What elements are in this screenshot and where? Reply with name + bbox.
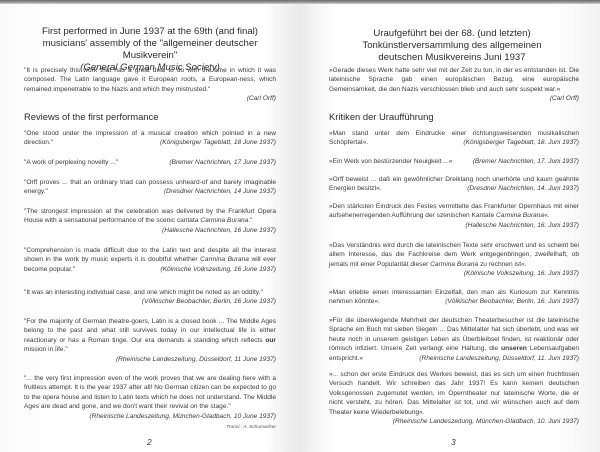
right-page-german: Uraufgeführt bei der 68. (und letzten) T… [300,0,600,452]
work-title: Carmina Burana [496,212,544,219]
heading-line-2: Tonkünstlerversammlung des allgemeinen [320,40,584,52]
review-source: (Rheinische Landeszeitung, München-Gladb… [89,412,276,421]
review-source: (Rheinische Landeszeitung, München-Gladb… [329,417,579,426]
review-source: (Hallesche Nachrichten, 16. Juni 1937) [329,221,579,230]
page-number: 3 [451,437,456,447]
review-text: "... the very first impression even of t… [24,375,276,410]
heading-line-2: musicians' assembly of the "allgemeiner … [20,38,280,62]
review-4: "The strongest impression at the celebra… [24,207,276,235]
review-1: »Man stand unter dem Eindrucke einer ric… [329,129,579,148]
review-source: (Königsberger Tageblatt, 18 June 1937) [160,138,276,147]
review-text-end: zu rechnen ist«. [478,261,526,268]
work-title: Carmina Burana [200,256,249,263]
emphasis-word: unseren [501,345,527,352]
review-1: "One stood under the impression of a mus… [24,129,276,148]
work-title: Carmina Burana [430,261,478,268]
review-source: (Kölnische Volkszeitung, 16. Juni 1937) [329,269,579,278]
intro-quote: "It is precisely this work that has a gr… [24,66,276,104]
right-page-heading: Uraufgeführt bei der 68. (und letzten) T… [320,28,584,64]
review-text: »... schon der erste Eindruck des Werkes… [329,371,579,416]
review-text-end: «. [544,212,550,219]
heading-line-1: First performed in June 1937 at the 69th… [20,26,280,38]
intro-quote-source: (Carl Orff) [24,94,276,103]
review-text-end: mission in life." [24,346,68,353]
emphasis-word: our [265,337,276,344]
review-2: "A work of perplexing novelty ..." (Brem… [24,158,276,167]
review-7: »Für die überwiegende Mehrheit der deuts… [329,316,579,363]
review-text: "A work of perplexing novelty ..." [24,159,118,166]
review-6: "It was an interesting individual case, … [24,288,276,307]
section-title: Reviews of the first performance [24,111,158,123]
review-5: »Das Verständnis wird durch die lateinis… [329,241,579,279]
review-source: (Kölnische Volkszeitung, 16 June 1937) [160,265,276,274]
review-7: "For the majority of German theatre-goer… [24,317,276,364]
page-number: 2 [147,437,152,447]
review-2: »Ein Werk von bestürzender Neuigkeit ...… [329,157,579,166]
review-text: "It was an interesting individual case, … [24,289,263,296]
intro-quote: »Gerade dieses Werk hatte sehr viel mit … [329,66,579,104]
review-source: (Dresdner Nachrichten, 14 June 1937) [164,187,276,196]
review-5: "Comprehension is made difficult due to … [24,246,276,274]
review-source: (Völkischer Beobachter, Berlin, 16. Juni… [445,297,579,306]
review-source: (Rheinische Landeszeitung, Düsseldorf, 1… [24,355,276,364]
review-8: "... the very first impression even of t… [24,374,276,421]
heading-line-3: deutschen Musikvereins Juni 1937 [320,52,584,64]
intro-quote-text: »Gerade dieses Werk hatte sehr viel mit … [329,67,579,93]
intro-quote-source: (Carl Orff) [329,94,579,103]
review-4: »Den stärksten Eindruck des Festes vermi… [329,202,579,230]
review-source: (Rheinische Landeszeitung, Düsseldorf, 1… [419,354,579,363]
review-source: (Bremer Nachrichten, 17. Juni 1937) [473,157,579,166]
review-source: (Bremer Nachrichten, 17 June 1937) [169,158,276,167]
review-text: "For the majority of German theatre-goer… [24,318,276,344]
work-title: Carmina Burana [200,217,248,224]
review-3: "Orff proves ... that an ordinary triad … [24,178,276,197]
review-8: »... schon der erste Eindruck des Werkes… [329,370,579,426]
review-source: (Königsberger Tageblatt, 18. Juni 1937) [463,138,579,147]
section-title: Kritiken der Uraufführung [329,111,434,123]
review-6: »Man erlebte einen interessanten Einzelf… [329,288,579,307]
review-source: (Dresdner Nachrichten, 14. Juni 1937) [467,184,579,193]
heading-line-1: Uraufgeführt bei der 68. (und letzten) [320,28,584,40]
review-source: (Hallesche Nachrichten, 16 June 1937) [24,226,276,235]
review-text-end: ." [248,217,252,224]
left-page-english: First performed in June 1937 at the 69th… [0,0,300,452]
translator-credit: Transl.: A. Schumacher [176,425,276,430]
review-text: »Ein Werk von bestürzender Neuigkeit ...… [329,158,452,165]
review-source: (Völkischer Beobachter, Berlin, 16 June … [24,297,276,306]
intro-quote-text: "It is precisely this work that has a gr… [24,67,276,93]
review-3: »Orff beweist ... daß ein gewöhnlicher D… [329,175,579,194]
